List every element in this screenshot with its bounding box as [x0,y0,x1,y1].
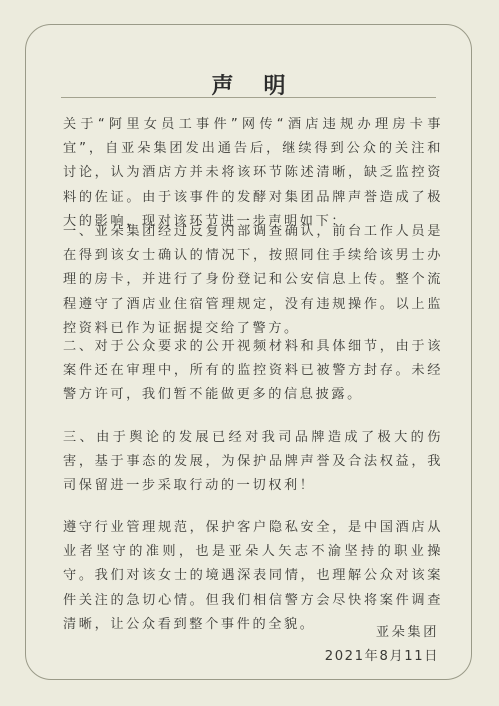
signature-company: 亚朵集团 [376,621,439,640]
paragraph-point-one: 一、亚朵集团经过反复内部调查确认，前台工作人员是在得到该女士确认的情况下，按照同… [63,220,443,341]
signature-date: 2021年8月11日 [325,645,439,664]
page-title: 声明 [26,69,471,100]
statement-card: 声明 关于“阿里女员工事件”网传“酒店违规办理房卡事宜”，自亚朵集团发出通告后，… [25,24,472,680]
paragraph-closing: 遵守行业管理规范，保护客户隐私安全，是中国酒店从业者坚守的准则，也是亚朵人矢志不… [63,516,443,637]
paragraph-point-three: 三、由于舆论的发展已经对我司品牌造成了极大的伤害，基于事态的发展，为保护品牌声誉… [63,426,443,499]
paragraph-intro: 关于“阿里女员工事件”网传“酒店违规办理房卡事宜”，自亚朵集团发出通告后，继续得… [63,113,443,234]
title-divider [61,97,436,98]
paragraph-point-two: 二、对于公众要求的公开视频材料和具体细节，由于该案件还在审理中，所有的监控资料已… [63,335,443,408]
